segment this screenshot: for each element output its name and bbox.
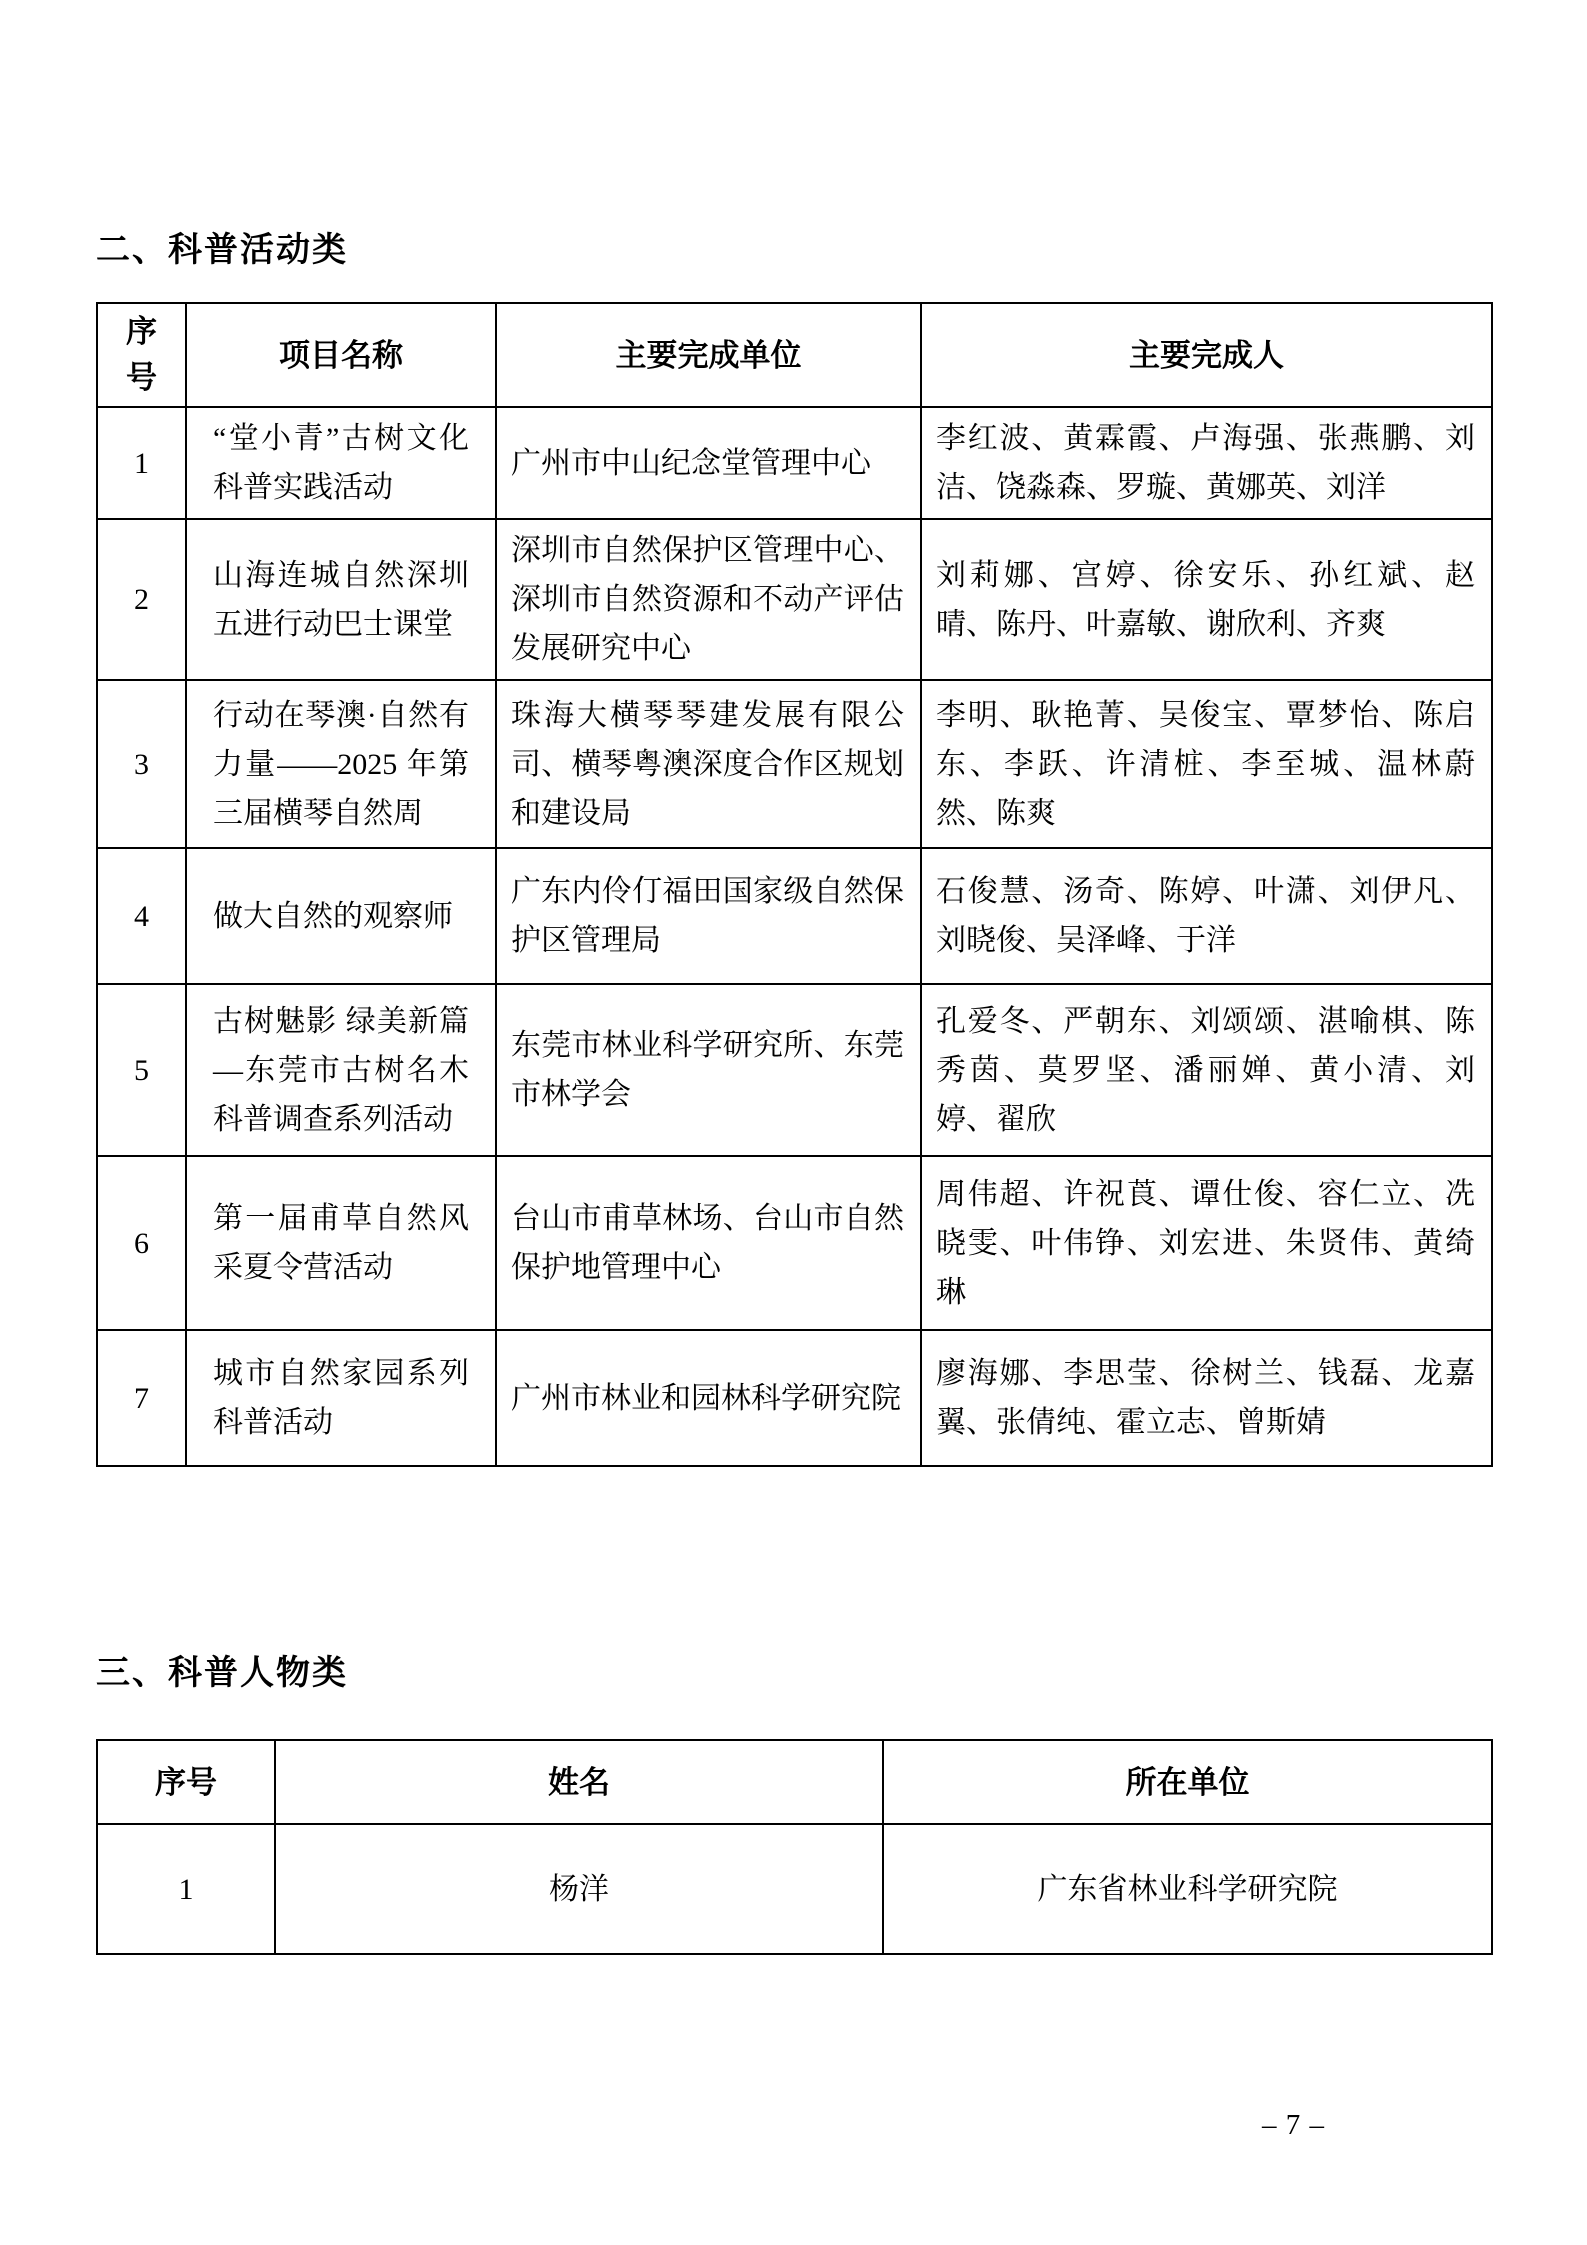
section3-title: 三、科普人物类 — [96, 1653, 1491, 1695]
table-row: 1 “堂小青”古树文化科普实践活动 广州市中山纪念堂管理中心 李红波、黄霖霞、卢… — [97, 407, 1492, 519]
cell-main-contributors: 石俊慧、汤奇、陈婷、叶潇、刘伊凡、刘晓俊、吴泽峰、于洋 — [921, 848, 1492, 984]
cell-main-contributors: 周伟超、许祝莨、谭仕俊、容仁立、冼晓雯、叶伟铮、刘宏进、朱贤伟、黄绮琳 — [921, 1156, 1492, 1330]
cell-main-contributors: 刘莉娜、宫婷、徐安乐、孙红斌、赵晴、陈丹、叶嘉敏、谢欣利、齐爽 — [921, 519, 1492, 680]
table-row: 6 第一届甫草自然风采夏令营活动 台山市甫草林场、台山市自然保护地管理中心 周伟… — [97, 1156, 1492, 1330]
cell-main-unit: 广州市中山纪念堂管理中心 — [496, 407, 921, 519]
col-header-main-contributors: 主要完成人 — [921, 303, 1492, 407]
table-row: 1 杨洋 广东省林业科学研究院 — [97, 1824, 1492, 1954]
cell-serial-number: 5 — [97, 984, 186, 1156]
page-number: – 7 – — [1262, 2108, 1325, 2142]
cell-affiliation: 广东省林业科学研究院 — [883, 1824, 1492, 1954]
col-header-serial-number: 序号 — [97, 1740, 275, 1824]
cell-main-unit: 深圳市自然保护区管理中心、深圳市自然资源和不动产评估发展研究中心 — [496, 519, 921, 680]
cell-serial-number: 7 — [97, 1330, 186, 1466]
cell-project-name: 古树魅影 绿美新篇—东莞市古树名木科普调查系列活动 — [186, 984, 496, 1156]
cell-project-name: “堂小青”古树文化科普实践活动 — [186, 407, 496, 519]
table-header-row: 序号 姓名 所在单位 — [97, 1740, 1492, 1824]
table-row: 2 山海连城自然深圳五进行动巴士课堂 深圳市自然保护区管理中心、深圳市自然资源和… — [97, 519, 1492, 680]
cell-main-contributors: 孔爱冬、严朝东、刘颂颂、湛喻棋、陈秀茵、莫罗坚、潘丽婵、黄小清、刘婷、翟欣 — [921, 984, 1492, 1156]
col-header-serial-number: 序号 — [97, 303, 186, 407]
document-page: 二、科普活动类 序号 项目名称 主要完成单位 主要完成人 1 “堂小青”古树文化… — [0, 0, 1587, 2245]
cell-person-name: 杨洋 — [275, 1824, 883, 1954]
cell-serial-number: 1 — [97, 407, 186, 519]
cell-serial-number: 3 — [97, 680, 186, 848]
table-row: 4 做大自然的观察师 广东内伶仃福田国家级自然保护区管理局 石俊慧、汤奇、陈婷、… — [97, 848, 1492, 984]
cell-main-contributors: 李明、耿艳菁、吴俊宝、覃梦怡、陈启东、李跃、许清桩、李至城、温林蔚然、陈爽 — [921, 680, 1492, 848]
cell-main-unit: 台山市甫草林场、台山市自然保护地管理中心 — [496, 1156, 921, 1330]
section2-activities-table: 序号 项目名称 主要完成单位 主要完成人 1 “堂小青”古树文化科普实践活动 广… — [96, 302, 1493, 1467]
col-header-main-unit: 主要完成单位 — [496, 303, 921, 407]
table-row: 3 行动在琴澳·自然有力量——2025 年第三届横琴自然周 珠海大横琴琴建发展有… — [97, 680, 1492, 848]
cell-serial-number: 2 — [97, 519, 186, 680]
cell-main-unit: 珠海大横琴琴建发展有限公司、横琴粤澳深度合作区规划和建设局 — [496, 680, 921, 848]
col-header-person-name: 姓名 — [275, 1740, 883, 1824]
cell-project-name: 城市自然家园系列科普活动 — [186, 1330, 496, 1466]
cell-serial-number: 4 — [97, 848, 186, 984]
cell-serial-number: 6 — [97, 1156, 186, 1330]
cell-main-contributors: 李红波、黄霖霞、卢海强、张燕鹏、刘洁、饶淼森、罗璇、黄娜英、刘洋 — [921, 407, 1492, 519]
cell-project-name: 行动在琴澳·自然有力量——2025 年第三届横琴自然周 — [186, 680, 496, 848]
table-row: 5 古树魅影 绿美新篇—东莞市古树名木科普调查系列活动 东莞市林业科学研究所、东… — [97, 984, 1492, 1156]
cell-main-unit: 东莞市林业科学研究所、东莞市林学会 — [496, 984, 921, 1156]
cell-serial-number: 1 — [97, 1824, 275, 1954]
table-header-row: 序号 项目名称 主要完成单位 主要完成人 — [97, 303, 1492, 407]
cell-main-unit: 广东内伶仃福田国家级自然保护区管理局 — [496, 848, 921, 984]
table-row: 7 城市自然家园系列科普活动 广州市林业和园林科学研究院 廖海娜、李思莹、徐树兰… — [97, 1330, 1492, 1466]
cell-main-unit: 广州市林业和园林科学研究院 — [496, 1330, 921, 1466]
cell-project-name: 第一届甫草自然风采夏令营活动 — [186, 1156, 496, 1330]
section3-people-table: 序号 姓名 所在单位 1 杨洋 广东省林业科学研究院 — [96, 1739, 1493, 1955]
section2-title: 二、科普活动类 — [96, 230, 1491, 272]
cell-main-contributors: 廖海娜、李思莹、徐树兰、钱磊、龙嘉翼、张倩纯、霍立志、曾斯婧 — [921, 1330, 1492, 1466]
col-header-project-name: 项目名称 — [186, 303, 496, 407]
cell-project-name: 做大自然的观察师 — [186, 848, 496, 984]
col-header-serial-number-label: 序号 — [124, 309, 158, 401]
cell-project-name: 山海连城自然深圳五进行动巴士课堂 — [186, 519, 496, 680]
col-header-affiliation: 所在单位 — [883, 1740, 1492, 1824]
